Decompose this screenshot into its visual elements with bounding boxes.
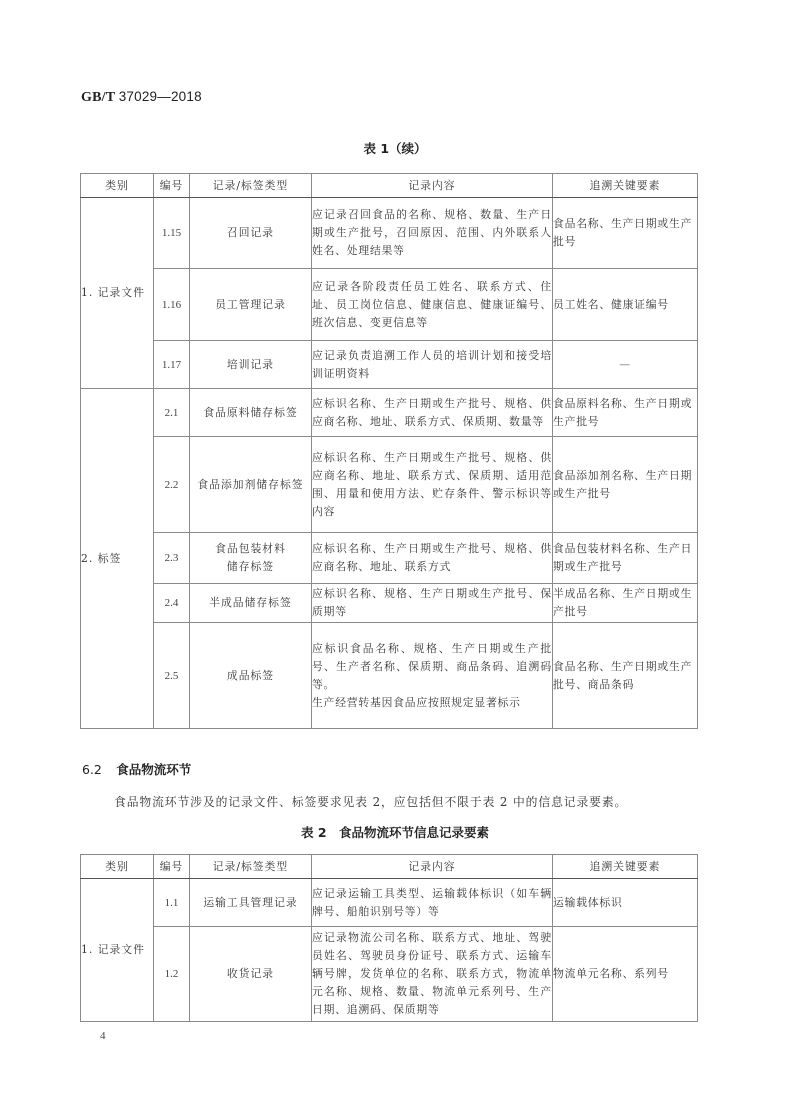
content-cell: 应标识名称、生产日期或生产批号、规格、供应商名称、地址、联系方式: [312, 533, 553, 584]
column-header-type: 记录/标签类型: [190, 174, 312, 198]
column-header-content: 记录内容: [312, 174, 553, 198]
number-cell: 1.1: [154, 879, 190, 927]
content-line: 生产经营转基因食品应按照规定显著标示: [312, 694, 552, 712]
table-row: 2. 标签 2.1 食品原料储存标签 应标识名称、生产日期或生产批号、规格、供应…: [81, 389, 698, 437]
content-cell: 应标识名称、生产日期或生产批号、规格、供应商名称、地址、联系方式、保质期、适用范…: [312, 437, 553, 533]
table-row: 2.5 成品标签 应标识食品名称、规格、生产日期或生产批号、生产者名称、保质期、…: [81, 623, 698, 729]
number-cell: 2.2: [154, 437, 190, 533]
page-number: 4: [100, 1030, 106, 1042]
key-elements-cell: 食品名称、生产日期或生产批号、商品条码: [553, 623, 698, 729]
type-cell: 收货记录: [190, 927, 312, 1022]
column-header-content: 记录内容: [312, 855, 553, 879]
content-cell: 应标识名称、生产日期或生产批号、规格、供应商名称、地址、联系方式、保质期、数量等: [312, 389, 553, 437]
column-header-number: 编号: [154, 855, 190, 879]
table-row: 2.3 食品包装材料 储存标签 应标识名称、生产日期或生产批号、规格、供应商名称…: [81, 533, 698, 584]
content-line: 应标识食品名称、规格、生产日期或生产批号、生产者名称、保质期、商品条码、追溯码等…: [312, 640, 552, 694]
content-cell: 应记录运输工具类型、运输载体标识（如车辆牌号、船舶识别号等）等: [312, 879, 553, 927]
type-cell: 成品标签: [190, 623, 312, 729]
number-cell: 2.1: [154, 389, 190, 437]
section-paragraph: 食品物流环节涉及的记录文件、标签要求见表 2，应包括但不限于表 2 中的信息记录…: [114, 793, 627, 810]
table-row: 1.16 员工管理记录 应记录各阶段责任员工姓名、联系方式、住址、员工岗位信息、…: [81, 269, 698, 341]
column-header-key-elements: 追溯关键要素: [553, 855, 698, 879]
type-cell: 运输工具管理记录: [190, 879, 312, 927]
key-elements-cell: 半成品名称、生产日期或生产批号: [553, 584, 698, 623]
number-cell: 1.16: [154, 269, 190, 341]
content-cell: 应记录召回食品的名称、规格、数量、生产日期或生产批号，召回原因、范围、内外联系人…: [312, 198, 553, 269]
type-cell: 召回记录: [190, 198, 312, 269]
table-row: 2.2 食品添加剂储存标签 应标识名称、生产日期或生产批号、规格、供应商名称、地…: [81, 437, 698, 533]
category-cell: 1. 记录文件: [81, 879, 154, 1022]
section-heading: 6.2 食品物流环节: [82, 760, 191, 778]
type-cell: 半成品储存标签: [190, 584, 312, 623]
key-elements-cell: 食品原料名称、生产日期或生产批号: [553, 389, 698, 437]
table2-caption: 表 2 食品物流环节信息记录要素: [0, 823, 790, 841]
table-row: 2.4 半成品储存标签 应标识名称、规格、生产日期或生产批号、保质期等 半成品名…: [81, 584, 698, 623]
standard-code-header: GB/T 37029—2018: [81, 89, 202, 106]
standard-number: 37029—2018: [119, 89, 202, 104]
content-cell: 应记录各阶段责任员工姓名、联系方式、住址、员工岗位信息、健康信息、健康证编号、班…: [312, 269, 553, 341]
number-cell: 2.5: [154, 623, 190, 729]
table-row: 1.17 培训记录 应记录负责追溯工作人员的培训计划和接受培训证明资料 —: [81, 341, 698, 389]
key-elements-cell: 食品包装材料名称、生产日期或生产批号: [553, 533, 698, 584]
type-line: 食品包装材料: [190, 540, 311, 558]
section-number: 6.2: [82, 762, 102, 777]
content-cell: 应标识食品名称、规格、生产日期或生产批号、生产者名称、保质期、商品条码、追溯码等…: [312, 623, 553, 729]
category-cell: 2. 标签: [81, 389, 154, 729]
number-cell: 2.3: [154, 533, 190, 584]
number-cell: 1.15: [154, 198, 190, 269]
type-cell: 员工管理记录: [190, 269, 312, 341]
table-row: 1. 记录文件 1.15 召回记录 应记录召回食品的名称、规格、数量、生产日期或…: [81, 198, 698, 269]
table2: 类别 编号 记录/标签类型 记录内容 追溯关键要素 1. 记录文件 1.1 运输…: [80, 854, 698, 1022]
content-cell: 应记录负责追溯工作人员的培训计划和接受培训证明资料: [312, 341, 553, 389]
table1: 类别 编号 记录/标签类型 记录内容 追溯关键要素 1. 记录文件 1.15 召…: [80, 173, 698, 729]
type-cell: 食品包装材料 储存标签: [190, 533, 312, 584]
type-cell: 食品原料储存标签: [190, 389, 312, 437]
standard-prefix: GB/T: [81, 90, 115, 105]
number-cell: 1.2: [154, 927, 190, 1022]
content-cell: 应标识名称、规格、生产日期或生产批号、保质期等: [312, 584, 553, 623]
type-cell: 食品添加剂储存标签: [190, 437, 312, 533]
content-cell: 应记录物流公司名称、联系方式、地址、驾驶员姓名、驾驶员身份证号、联系方式、运输车…: [312, 927, 553, 1022]
table-row: 1.2 收货记录 应记录物流公司名称、联系方式、地址、驾驶员姓名、驾驶员身份证号…: [81, 927, 698, 1022]
key-elements-cell: 物流单元名称、系列号: [553, 927, 698, 1022]
category-cell: 1. 记录文件: [81, 198, 154, 389]
key-elements-cell: 食品添加剂名称、生产日期或生产批号: [553, 437, 698, 533]
number-cell: 2.4: [154, 584, 190, 623]
column-header-type: 记录/标签类型: [190, 855, 312, 879]
type-cell: 培训记录: [190, 341, 312, 389]
table2-header-row: 类别 编号 记录/标签类型 记录内容 追溯关键要素: [81, 855, 698, 879]
type-line: 储存标签: [190, 558, 311, 576]
table1-header-row: 类别 编号 记录/标签类型 记录内容 追溯关键要素: [81, 174, 698, 198]
column-header-number: 编号: [154, 174, 190, 198]
table1-caption: 表 1（续）: [0, 139, 790, 157]
number-cell: 1.17: [154, 341, 190, 389]
key-elements-cell: —: [553, 341, 698, 389]
section-title: 食品物流环节: [116, 762, 191, 777]
key-elements-cell: 运输载体标识: [553, 879, 698, 927]
column-header-category: 类别: [81, 855, 154, 879]
key-elements-cell: 员工姓名、健康证编号: [553, 269, 698, 341]
column-header-category: 类别: [81, 174, 154, 198]
column-header-key-elements: 追溯关键要素: [553, 174, 698, 198]
table-row: 1. 记录文件 1.1 运输工具管理记录 应记录运输工具类型、运输载体标识（如车…: [81, 879, 698, 927]
key-elements-cell: 食品名称、生产日期或生产批号: [553, 198, 698, 269]
